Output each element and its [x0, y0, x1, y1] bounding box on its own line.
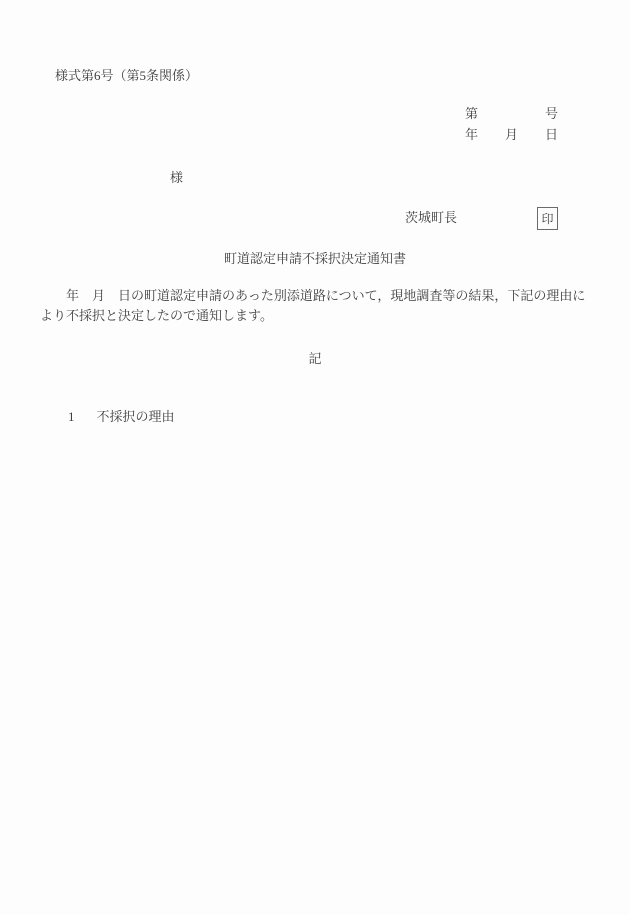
reason-heading: 1不採択の理由: [55, 393, 175, 441]
ki-label: 記: [0, 351, 630, 367]
date-day-label: 日: [545, 127, 558, 143]
document-number-line: 第 号: [465, 106, 558, 122]
doc-number-suffix: 号: [545, 106, 558, 122]
date-month-label: 月: [505, 127, 518, 143]
issuer-title: 茨城町長: [405, 210, 457, 225]
date-line: 年 月 日: [465, 127, 558, 143]
addressee-honorific: 様: [170, 170, 183, 186]
document-title: 町道認定申請不採択決定通知書: [0, 251, 630, 267]
document-page: 様式第6号（第5条関係） 第 号 年 月 日 様 茨城町長 印 町道認定申請不採…: [0, 0, 630, 915]
form-number-label: 様式第6号（第5条関係）: [55, 68, 198, 84]
issuer-line: 茨城町長: [405, 210, 457, 226]
body-line-2: より不採択と決定したので通知します。: [40, 306, 600, 326]
body-line-1: 年 月 日の町道認定申請のあった別添道路について，現地調査等の結果，下記の理由に: [40, 286, 600, 306]
doc-number-prefix: 第: [465, 106, 478, 122]
date-year-label: 年: [465, 127, 478, 143]
seal-box: 印: [537, 207, 558, 230]
reason-number: 1: [68, 409, 75, 424]
seal-label: 印: [541, 213, 553, 225]
reason-label: 不採択の理由: [97, 409, 175, 424]
body-paragraph: 年 月 日の町道認定申請のあった別添道路について，現地調査等の結果，下記の理由に…: [40, 286, 600, 326]
